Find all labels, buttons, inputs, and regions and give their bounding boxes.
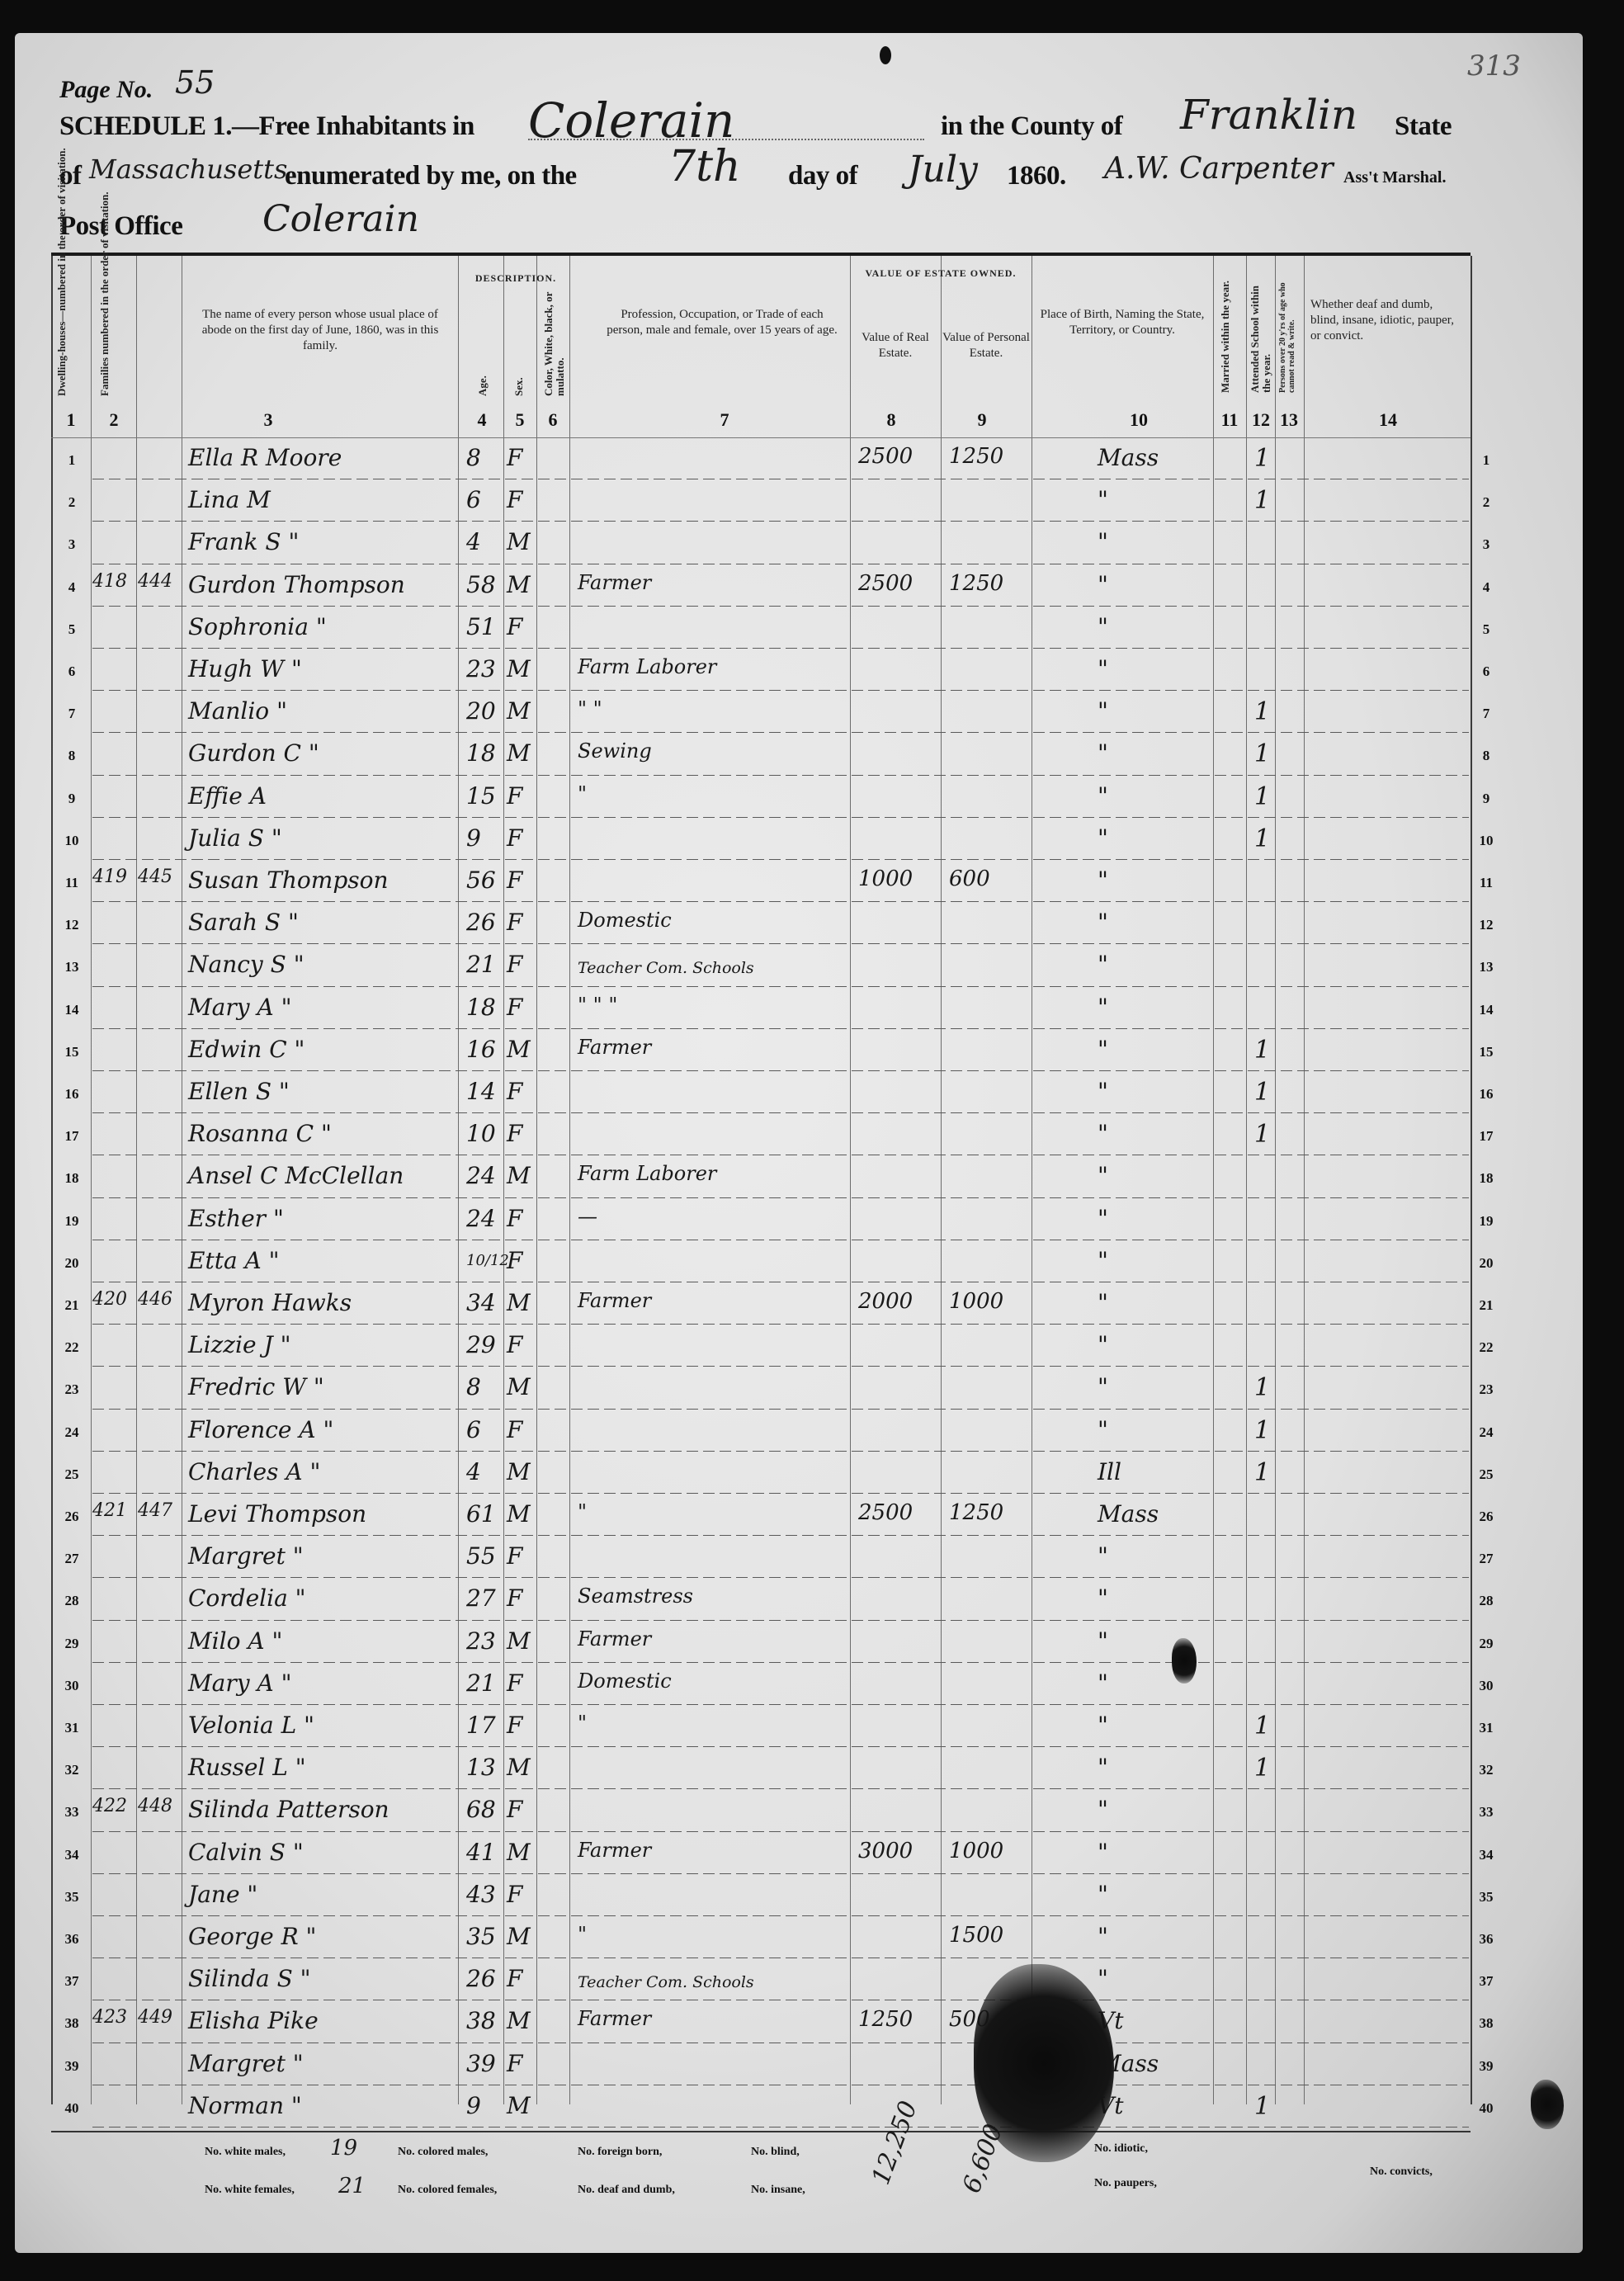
cell-name: Hugh W " xyxy=(188,655,302,682)
stamp-number: 313 xyxy=(1467,50,1521,83)
row-number-left: 10 xyxy=(59,833,84,849)
row-number-right: 26 xyxy=(1474,1509,1499,1525)
cell-occupation: Seamstress xyxy=(578,1584,693,1608)
schedule-label: SCHEDULE 1.—Free Inhabitants in xyxy=(59,111,474,142)
cell-personal: 1000 xyxy=(949,1839,1003,1863)
cell-sex: F xyxy=(507,782,522,810)
row-number-left: 21 xyxy=(59,1297,84,1314)
cell-occupation: — xyxy=(578,1205,597,1228)
cell-sex: M xyxy=(507,1500,531,1528)
col14-header: Whether deaf and dumb, blind, insane, id… xyxy=(1310,297,1464,344)
cell-name: Rosanna C " xyxy=(188,1120,332,1147)
row-number-left: 16 xyxy=(59,1086,84,1103)
cell-birth: " xyxy=(1098,1669,1108,1697)
row-rule xyxy=(92,1620,1469,1621)
row-number-right: 5 xyxy=(1474,621,1499,638)
row-number-left: 9 xyxy=(59,791,84,807)
cell-school: 1 xyxy=(1254,1416,1270,1445)
row-number-right: 20 xyxy=(1474,1255,1499,1272)
cell-age: 56 xyxy=(466,867,496,894)
col1-header: Dwelling-houses—numbered in the order of… xyxy=(56,264,68,396)
cell-occupation: " xyxy=(578,1923,587,1946)
row-rule xyxy=(92,2043,1469,2043)
cell-birth: " xyxy=(1098,1120,1108,1147)
cell-sex: F xyxy=(507,1712,522,1739)
row-number-left: 29 xyxy=(59,1636,84,1652)
insane-label: No. insane, xyxy=(751,2184,805,2197)
cell-personal: 1500 xyxy=(949,1923,1003,1948)
foreign-born-label: No. foreign born, xyxy=(578,2146,662,2159)
cell-name: Cordelia " xyxy=(188,1584,306,1612)
enumeration-month: July xyxy=(908,149,978,191)
idiotic-label: No. idiotic, xyxy=(1094,2142,1148,2156)
cell-school: 1 xyxy=(1254,1712,1270,1740)
cell-name: Frank S " xyxy=(188,528,299,555)
cell-dwelling: 418 xyxy=(92,571,127,592)
row-number-left: 27 xyxy=(59,1551,84,1567)
cell-birth: " xyxy=(1098,951,1108,978)
row-number-right: 23 xyxy=(1474,1381,1499,1398)
cell-sex: M xyxy=(507,697,531,725)
row-rule xyxy=(92,732,1469,733)
row-rule xyxy=(92,1112,1469,1113)
cell-personal: 1250 xyxy=(949,1500,1003,1525)
row-number-left: 25 xyxy=(59,1466,84,1483)
row-number-right: 40 xyxy=(1474,2100,1499,2117)
enumeration-day: 7th xyxy=(668,142,740,191)
cell-age: 58 xyxy=(466,571,496,598)
cell-age: 9 xyxy=(466,824,481,852)
cell-family: 449 xyxy=(138,2007,172,2028)
col-number: 5 xyxy=(503,409,536,431)
cell-name: Esther " xyxy=(188,1205,284,1232)
cell-school: 1 xyxy=(1254,486,1270,515)
cell-age: 21 xyxy=(466,1669,496,1697)
blind-label: No. blind, xyxy=(751,2146,800,2159)
row-number-right: 31 xyxy=(1474,1720,1499,1736)
cell-birth: " xyxy=(1098,782,1108,810)
grid-line xyxy=(503,256,504,2104)
cell-age: 61 xyxy=(466,1500,496,1528)
cell-birth: Mass xyxy=(1098,444,1159,471)
row-number-right: 38 xyxy=(1474,2015,1499,2032)
cell-age: 8 xyxy=(466,1373,481,1400)
cell-birth: " xyxy=(1098,1162,1108,1189)
row-number-right: 33 xyxy=(1474,1804,1499,1821)
row-number-left: 12 xyxy=(59,917,84,933)
marshal-name: A.W. Carpenter xyxy=(1104,152,1334,186)
row-number-right: 35 xyxy=(1474,1889,1499,1906)
cell-birth: " xyxy=(1098,1542,1108,1570)
row-number-left: 30 xyxy=(59,1678,84,1694)
row-number-right: 29 xyxy=(1474,1636,1499,1652)
page-number-label: Page No. xyxy=(59,76,153,104)
cell-name: Fredric W " xyxy=(188,1373,324,1400)
cell-real: 1250 xyxy=(858,2007,913,2032)
cell-name: Velonia L " xyxy=(188,1712,314,1739)
cell-occupation: Domestic xyxy=(578,1669,672,1693)
cell-sex: F xyxy=(507,1965,522,1992)
grid-line xyxy=(941,256,942,2104)
cell-birth: " xyxy=(1098,867,1108,894)
cell-birth: " xyxy=(1098,613,1108,640)
row-rule xyxy=(92,1070,1469,1071)
row-number-right: 14 xyxy=(1474,1002,1499,1018)
cell-sex: F xyxy=(507,1584,522,1612)
grid-line xyxy=(91,256,92,2104)
cell-age: 55 xyxy=(466,1542,496,1570)
row-number-left: 31 xyxy=(59,1720,84,1736)
cell-name: Margret " xyxy=(188,1542,304,1570)
cell-birth: " xyxy=(1098,1627,1108,1655)
cell-name: Jane " xyxy=(188,1881,257,1908)
cell-family: 445 xyxy=(138,867,172,887)
grid-line xyxy=(850,256,851,2104)
cell-age: 29 xyxy=(466,1331,496,1358)
row-number-left: 39 xyxy=(59,2058,84,2075)
cell-school: 1 xyxy=(1254,2092,1270,2121)
row-rule xyxy=(92,1831,1469,1832)
cell-dwelling: 422 xyxy=(92,1796,127,1816)
cell-school: 1 xyxy=(1254,739,1270,768)
cell-name: Etta A " xyxy=(188,1247,280,1274)
cell-dwelling: 421 xyxy=(92,1500,127,1521)
cell-name: Julia S " xyxy=(188,824,282,852)
cell-name: Gurdon Thompson xyxy=(188,571,405,598)
estate-header: Value of Estate Owned. xyxy=(850,266,1032,281)
cell-age: 23 xyxy=(466,1627,496,1655)
cell-birth: " xyxy=(1098,1881,1108,1908)
cell-sex: F xyxy=(507,1416,522,1443)
col-number: 8 xyxy=(875,409,908,431)
cell-name: Effie A xyxy=(188,782,267,810)
grid-line xyxy=(136,256,137,2104)
col11-header: Married within the year. xyxy=(1220,269,1231,393)
row-number-right: 39 xyxy=(1474,2058,1499,2075)
row-rule xyxy=(92,859,1469,860)
cell-sex: F xyxy=(507,951,522,978)
cell-birth: " xyxy=(1098,1839,1108,1866)
cell-sex: M xyxy=(507,739,531,767)
cell-occupation: " " " xyxy=(578,994,617,1017)
row-number-right: 4 xyxy=(1474,579,1499,596)
cell-birth: " xyxy=(1098,1712,1108,1739)
colored-females-label: No. colored females, xyxy=(398,2184,497,2197)
rows-bottom-rule xyxy=(51,2131,1471,2132)
row-number-left: 6 xyxy=(59,664,84,680)
col-number: 2 xyxy=(97,409,130,431)
row-rule xyxy=(92,2000,1469,2000)
white-males-count: 19 xyxy=(330,2136,357,2161)
row-number-left: 11 xyxy=(59,875,84,891)
cell-sex: M xyxy=(507,655,531,682)
cell-sex: M xyxy=(507,2092,531,2119)
col-number: 10 xyxy=(1122,409,1155,431)
cell-dwelling: 420 xyxy=(92,1289,127,1310)
cell-name: Mary A " xyxy=(188,994,291,1021)
row-rule xyxy=(92,1704,1469,1705)
row-number-left: 26 xyxy=(59,1509,84,1525)
grid-line xyxy=(182,256,182,2104)
col12-header: Attended School within the year. xyxy=(1249,269,1272,393)
col-number: 4 xyxy=(465,409,498,431)
cell-name: Nancy S " xyxy=(188,951,304,978)
cell-name: Silinda S " xyxy=(188,1965,311,1992)
row-number-right: 8 xyxy=(1474,748,1499,764)
row-number-right: 37 xyxy=(1474,1973,1499,1990)
cell-age: 24 xyxy=(466,1162,496,1189)
cell-name: Myron Hawks xyxy=(188,1289,352,1316)
cell-dwelling: 423 xyxy=(92,2007,127,2028)
cell-occupation: Farmer xyxy=(578,1627,651,1651)
cell-birth: " xyxy=(1098,1796,1108,1823)
row-number-right: 6 xyxy=(1474,664,1499,680)
row-number-right: 27 xyxy=(1474,1551,1499,1567)
grid-line xyxy=(536,256,537,2104)
cell-occupation: Farmer xyxy=(578,571,651,594)
day-of-label: day of xyxy=(788,161,857,191)
cell-age: 8 xyxy=(466,444,481,471)
cell-sex: M xyxy=(507,1923,531,1950)
town-underline xyxy=(528,139,924,140)
cell-age: 41 xyxy=(466,1839,496,1866)
row-number-left: 3 xyxy=(59,536,84,553)
cell-name: Russel L " xyxy=(188,1754,306,1781)
row-number-left: 17 xyxy=(59,1128,84,1145)
row-number-left: 32 xyxy=(59,1762,84,1778)
row-number-left: 23 xyxy=(59,1381,84,1398)
cell-birth: " xyxy=(1098,1331,1108,1358)
row-number-right: 28 xyxy=(1474,1593,1499,1609)
colored-males-label: No. colored males, xyxy=(398,2146,488,2159)
cell-age: 23 xyxy=(466,655,496,682)
table-top-rule xyxy=(51,253,1471,256)
cell-occupation: " xyxy=(578,782,587,805)
cell-name: Florence A " xyxy=(188,1416,333,1443)
grid-line xyxy=(569,256,570,2104)
row-number-left: 34 xyxy=(59,1847,84,1863)
cell-age: 4 xyxy=(466,1458,481,1485)
cell-family: 447 xyxy=(138,1500,172,1521)
cell-age: 38 xyxy=(466,2007,496,2034)
cell-age: 20 xyxy=(466,697,496,725)
cell-sex: M xyxy=(507,1289,531,1316)
cell-name: Ellen S " xyxy=(188,1078,290,1105)
cell-age: 68 xyxy=(466,1796,496,1823)
row-number-right: 19 xyxy=(1474,1213,1499,1230)
cell-family: 448 xyxy=(138,1796,172,1816)
cell-age: 39 xyxy=(466,2050,496,2077)
state-label: State xyxy=(1395,111,1452,142)
row-rule xyxy=(92,986,1469,987)
cell-sex: F xyxy=(507,1331,522,1358)
cell-name: Mary A " xyxy=(188,1669,291,1697)
cell-birth: " xyxy=(1098,1584,1108,1612)
cell-birth: " xyxy=(1098,824,1108,852)
row-number-right: 9 xyxy=(1474,791,1499,807)
row-rule xyxy=(92,648,1469,649)
cell-birth: " xyxy=(1098,1205,1108,1232)
cell-age: 13 xyxy=(466,1754,496,1781)
cell-age: 15 xyxy=(466,782,496,810)
row-rule xyxy=(92,1577,1469,1578)
cell-name: Charles A " xyxy=(188,1458,320,1485)
row-number-right: 34 xyxy=(1474,1847,1499,1863)
cell-name: Norman " xyxy=(188,2092,302,2119)
grid-line xyxy=(1246,256,1247,2104)
col8-header: Value of Real Estate. xyxy=(852,330,939,361)
cell-school: 1 xyxy=(1254,1754,1270,1783)
row-rule xyxy=(92,1958,1469,1958)
row-number-left: 35 xyxy=(59,1889,84,1906)
ink-blot-edge xyxy=(1531,2080,1564,2129)
col-number: 3 xyxy=(252,409,285,431)
cell-name: Gurdon C " xyxy=(188,739,319,767)
convicts-label: No. convicts, xyxy=(1370,2165,1433,2179)
cell-age: 6 xyxy=(466,486,481,513)
row-number-left: 8 xyxy=(59,748,84,764)
row-rule xyxy=(92,1366,1469,1367)
row-number-left: 38 xyxy=(59,2015,84,2032)
cell-school: 1 xyxy=(1254,1036,1270,1065)
cell-birth: " xyxy=(1098,739,1108,767)
cell-school: 1 xyxy=(1254,1078,1270,1107)
enumerated-label: enumerated by me, on the xyxy=(285,161,577,191)
row-rule xyxy=(92,479,1469,479)
cell-occupation: " " xyxy=(578,697,602,720)
row-rule xyxy=(92,1873,1469,1874)
cell-sex: F xyxy=(507,909,522,936)
cell-occupation: Teacher Com. Schools xyxy=(578,959,754,977)
cell-name: Ansel C McClellan xyxy=(188,1162,404,1189)
cell-school: 1 xyxy=(1254,1458,1270,1487)
row-number-right: 21 xyxy=(1474,1297,1499,1314)
row-rule xyxy=(92,564,1469,564)
cell-sex: M xyxy=(507,571,531,598)
cell-age: 24 xyxy=(466,1205,496,1232)
cell-sex: F xyxy=(507,1247,522,1274)
cell-real: 2500 xyxy=(858,571,913,596)
cell-age: 26 xyxy=(466,1965,496,1992)
col-number: 13 xyxy=(1272,409,1305,431)
state-name: Massachusetts xyxy=(89,153,287,185)
cell-personal: 1000 xyxy=(949,1289,1003,1314)
cell-school: 1 xyxy=(1254,1120,1270,1149)
cell-sex: F xyxy=(507,1796,522,1823)
cell-age: 21 xyxy=(466,951,496,978)
row-rule xyxy=(92,901,1469,902)
cell-school: 1 xyxy=(1254,1373,1270,1402)
cell-birth: " xyxy=(1098,1373,1108,1400)
row-rule xyxy=(92,1197,1469,1198)
cell-sex: F xyxy=(507,486,522,513)
grid-line xyxy=(458,256,459,2104)
cell-real: 2000 xyxy=(858,1289,913,1314)
cell-name: Manlio " xyxy=(188,697,287,725)
cell-name: George R " xyxy=(188,1923,316,1950)
white-females-count: 21 xyxy=(338,2174,366,2198)
col-number: 11 xyxy=(1213,409,1246,431)
cell-occupation: Farmer xyxy=(578,1839,651,1862)
cell-sex: M xyxy=(507,528,531,555)
county-name: Franklin xyxy=(1180,91,1357,139)
row-rule xyxy=(92,690,1469,691)
cell-birth: " xyxy=(1098,1289,1108,1316)
cell-sex: F xyxy=(507,1205,522,1232)
deaf-dumb-label: No. deaf and dumb, xyxy=(578,2184,675,2197)
grid-line xyxy=(1471,256,1472,2104)
row-number-right: 13 xyxy=(1474,959,1499,975)
cell-birth: " xyxy=(1098,1416,1108,1443)
row-number-left: 36 xyxy=(59,1931,84,1948)
cell-school: 1 xyxy=(1254,824,1270,853)
row-rule xyxy=(92,817,1469,818)
cell-birth: " xyxy=(1098,528,1108,555)
row-rule xyxy=(92,1915,1469,1916)
cell-personal: 600 xyxy=(949,867,990,891)
cell-name: Elisha Pike xyxy=(188,2007,319,2034)
row-number-right: 16 xyxy=(1474,1086,1499,1103)
cell-personal: 1250 xyxy=(949,444,1003,469)
row-number-left: 4 xyxy=(59,579,84,596)
cell-sex: M xyxy=(507,1036,531,1063)
cell-occupation: Teacher Com. Schools xyxy=(578,1973,754,1991)
cell-age: 6 xyxy=(466,1416,481,1443)
cell-age: 10 xyxy=(466,1120,496,1147)
row-number-left: 22 xyxy=(59,1339,84,1356)
row-number-left: 14 xyxy=(59,1002,84,1018)
cell-occupation: Domestic xyxy=(578,909,672,932)
row-number-right: 32 xyxy=(1474,1762,1499,1778)
cell-sex: M xyxy=(507,1627,531,1655)
grid-line xyxy=(1213,256,1214,2104)
cell-sex: M xyxy=(507,1458,531,1485)
col-number: 7 xyxy=(708,409,741,431)
cell-birth: " xyxy=(1098,1754,1108,1781)
cell-birth: " xyxy=(1098,909,1108,936)
cell-name: Silinda Patterson xyxy=(188,1796,389,1823)
row-rule xyxy=(92,1493,1469,1494)
cell-birth: " xyxy=(1098,1078,1108,1105)
page-number: 55 xyxy=(175,64,215,101)
cell-personal: 1250 xyxy=(949,571,1003,596)
cell-name: Edwin C " xyxy=(188,1036,304,1063)
cell-age: 34 xyxy=(466,1289,496,1316)
cell-age: 35 xyxy=(466,1923,496,1950)
grid-line xyxy=(1304,256,1305,2104)
cell-age: 51 xyxy=(466,613,496,640)
row-number-left: 7 xyxy=(59,706,84,722)
col3-header: The name of every person whose usual pla… xyxy=(188,307,452,354)
cell-occupation: Farmer xyxy=(578,1036,651,1059)
cell-sex: F xyxy=(507,444,522,471)
header-rule xyxy=(51,437,1471,438)
cell-birth: " xyxy=(1098,1247,1108,1274)
cell-birth: " xyxy=(1098,1923,1108,1950)
col6-header: Color, White, black, or mulatto. xyxy=(543,272,566,396)
cell-sex: F xyxy=(507,2050,522,2077)
marshal-label: Ass't Marshal. xyxy=(1343,168,1446,187)
row-number-left: 1 xyxy=(59,452,84,469)
row-rule xyxy=(92,1409,1469,1410)
row-number-right: 11 xyxy=(1474,875,1499,891)
cell-sex: F xyxy=(507,1542,522,1570)
row-number-left: 24 xyxy=(59,1424,84,1441)
row-number-left: 5 xyxy=(59,621,84,638)
row-rule xyxy=(92,1324,1469,1325)
cell-sex: F xyxy=(507,824,522,852)
cell-occupation: Farm Laborer xyxy=(578,655,716,678)
